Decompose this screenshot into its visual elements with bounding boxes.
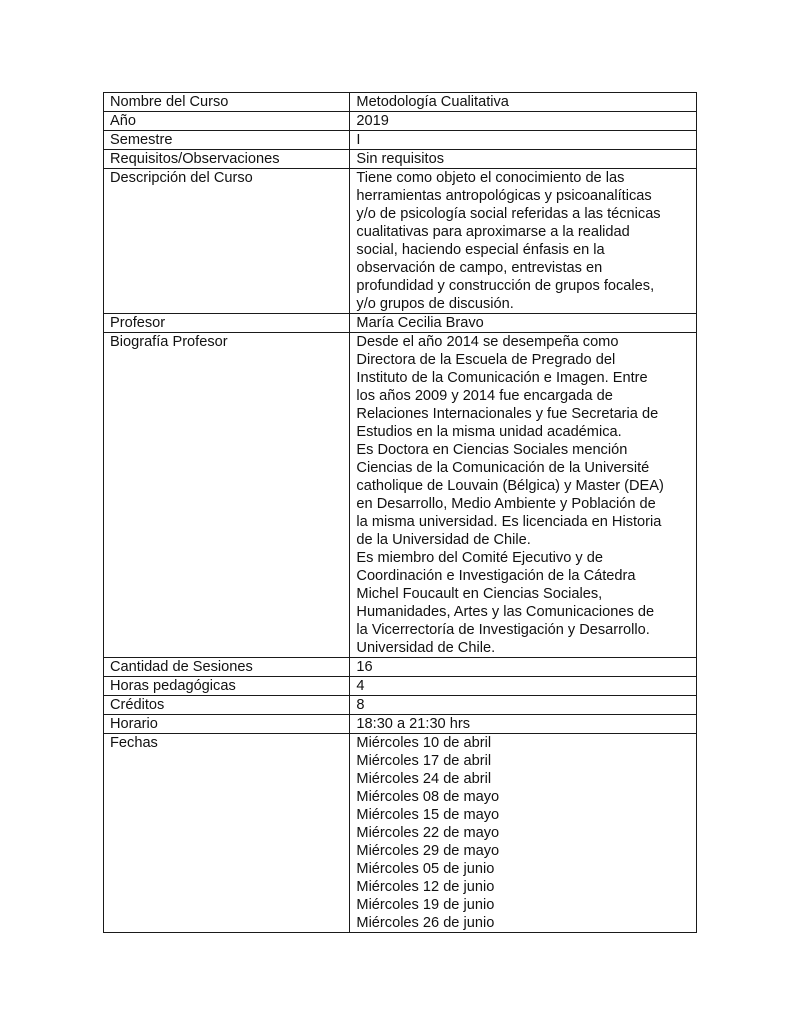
row-label: Nombre del Curso xyxy=(104,93,350,112)
row-value: 4 xyxy=(350,677,697,696)
date-item: Miércoles 05 de junio xyxy=(356,860,692,878)
date-item: Miércoles 08 de mayo xyxy=(356,788,692,806)
row-label: Créditos xyxy=(104,696,350,715)
table-row-requirements: Requisitos/Observaciones Sin requisitos xyxy=(104,150,697,169)
table-row-dates: Fechas Miércoles 10 de abrilMiércoles 17… xyxy=(104,734,697,933)
row-label: Semestre xyxy=(104,131,350,150)
date-item: Miércoles 22 de mayo xyxy=(356,824,692,842)
row-label: Horario xyxy=(104,715,350,734)
date-item: Miércoles 17 de abril xyxy=(356,752,692,770)
row-value: Metodología Cualitativa xyxy=(350,93,697,112)
row-value: I xyxy=(350,131,697,150)
row-label: Año xyxy=(104,112,350,131)
row-label: Fechas xyxy=(104,734,350,933)
course-info-table: Nombre del Curso Metodología Cualitativa… xyxy=(103,92,697,933)
date-item: Miércoles 10 de abril xyxy=(356,734,692,752)
row-label: Requisitos/Observaciones xyxy=(104,150,350,169)
row-label: Horas pedagógicas xyxy=(104,677,350,696)
date-item: Miércoles 24 de abril xyxy=(356,770,692,788)
table-row-schedule: Horario 18:30 a 21:30 hrs xyxy=(104,715,697,734)
table-row-hours: Horas pedagógicas 4 xyxy=(104,677,697,696)
table-row-sessions: Cantidad de Sesiones 16 xyxy=(104,658,697,677)
row-value: Sin requisitos xyxy=(350,150,697,169)
row-value: 18:30 a 21:30 hrs xyxy=(350,715,697,734)
table-row-description: Descripción del Curso Tiene como objeto … xyxy=(104,169,697,314)
row-value: 8 xyxy=(350,696,697,715)
row-label: Descripción del Curso xyxy=(104,169,350,314)
date-item: Miércoles 15 de mayo xyxy=(356,806,692,824)
row-label: Cantidad de Sesiones xyxy=(104,658,350,677)
row-value: Desde el año 2014 se desempeña como Dire… xyxy=(350,333,697,658)
row-value: 2019 xyxy=(350,112,697,131)
row-value: Tiene como objeto el conocimiento de las… xyxy=(350,169,697,314)
dates-list: Miércoles 10 de abrilMiércoles 17 de abr… xyxy=(350,734,697,933)
row-value: María Cecilia Bravo xyxy=(350,314,697,333)
date-item: Miércoles 19 de junio xyxy=(356,896,692,914)
row-label: Profesor xyxy=(104,314,350,333)
table-row-professor-bio: Biografía Profesor Desde el año 2014 se … xyxy=(104,333,697,658)
document-page: Nombre del Curso Metodología Cualitativa… xyxy=(103,92,697,933)
table-row-professor: Profesor María Cecilia Bravo xyxy=(104,314,697,333)
date-item: Miércoles 26 de junio xyxy=(356,914,692,932)
row-value: 16 xyxy=(350,658,697,677)
date-item: Miércoles 29 de mayo xyxy=(356,842,692,860)
table-row-year: Año 2019 xyxy=(104,112,697,131)
date-item: Miércoles 12 de junio xyxy=(356,878,692,896)
table-row-semester: Semestre I xyxy=(104,131,697,150)
table-row-credits: Créditos 8 xyxy=(104,696,697,715)
row-label: Biografía Profesor xyxy=(104,333,350,658)
table-row-course-name: Nombre del Curso Metodología Cualitativa xyxy=(104,93,697,112)
